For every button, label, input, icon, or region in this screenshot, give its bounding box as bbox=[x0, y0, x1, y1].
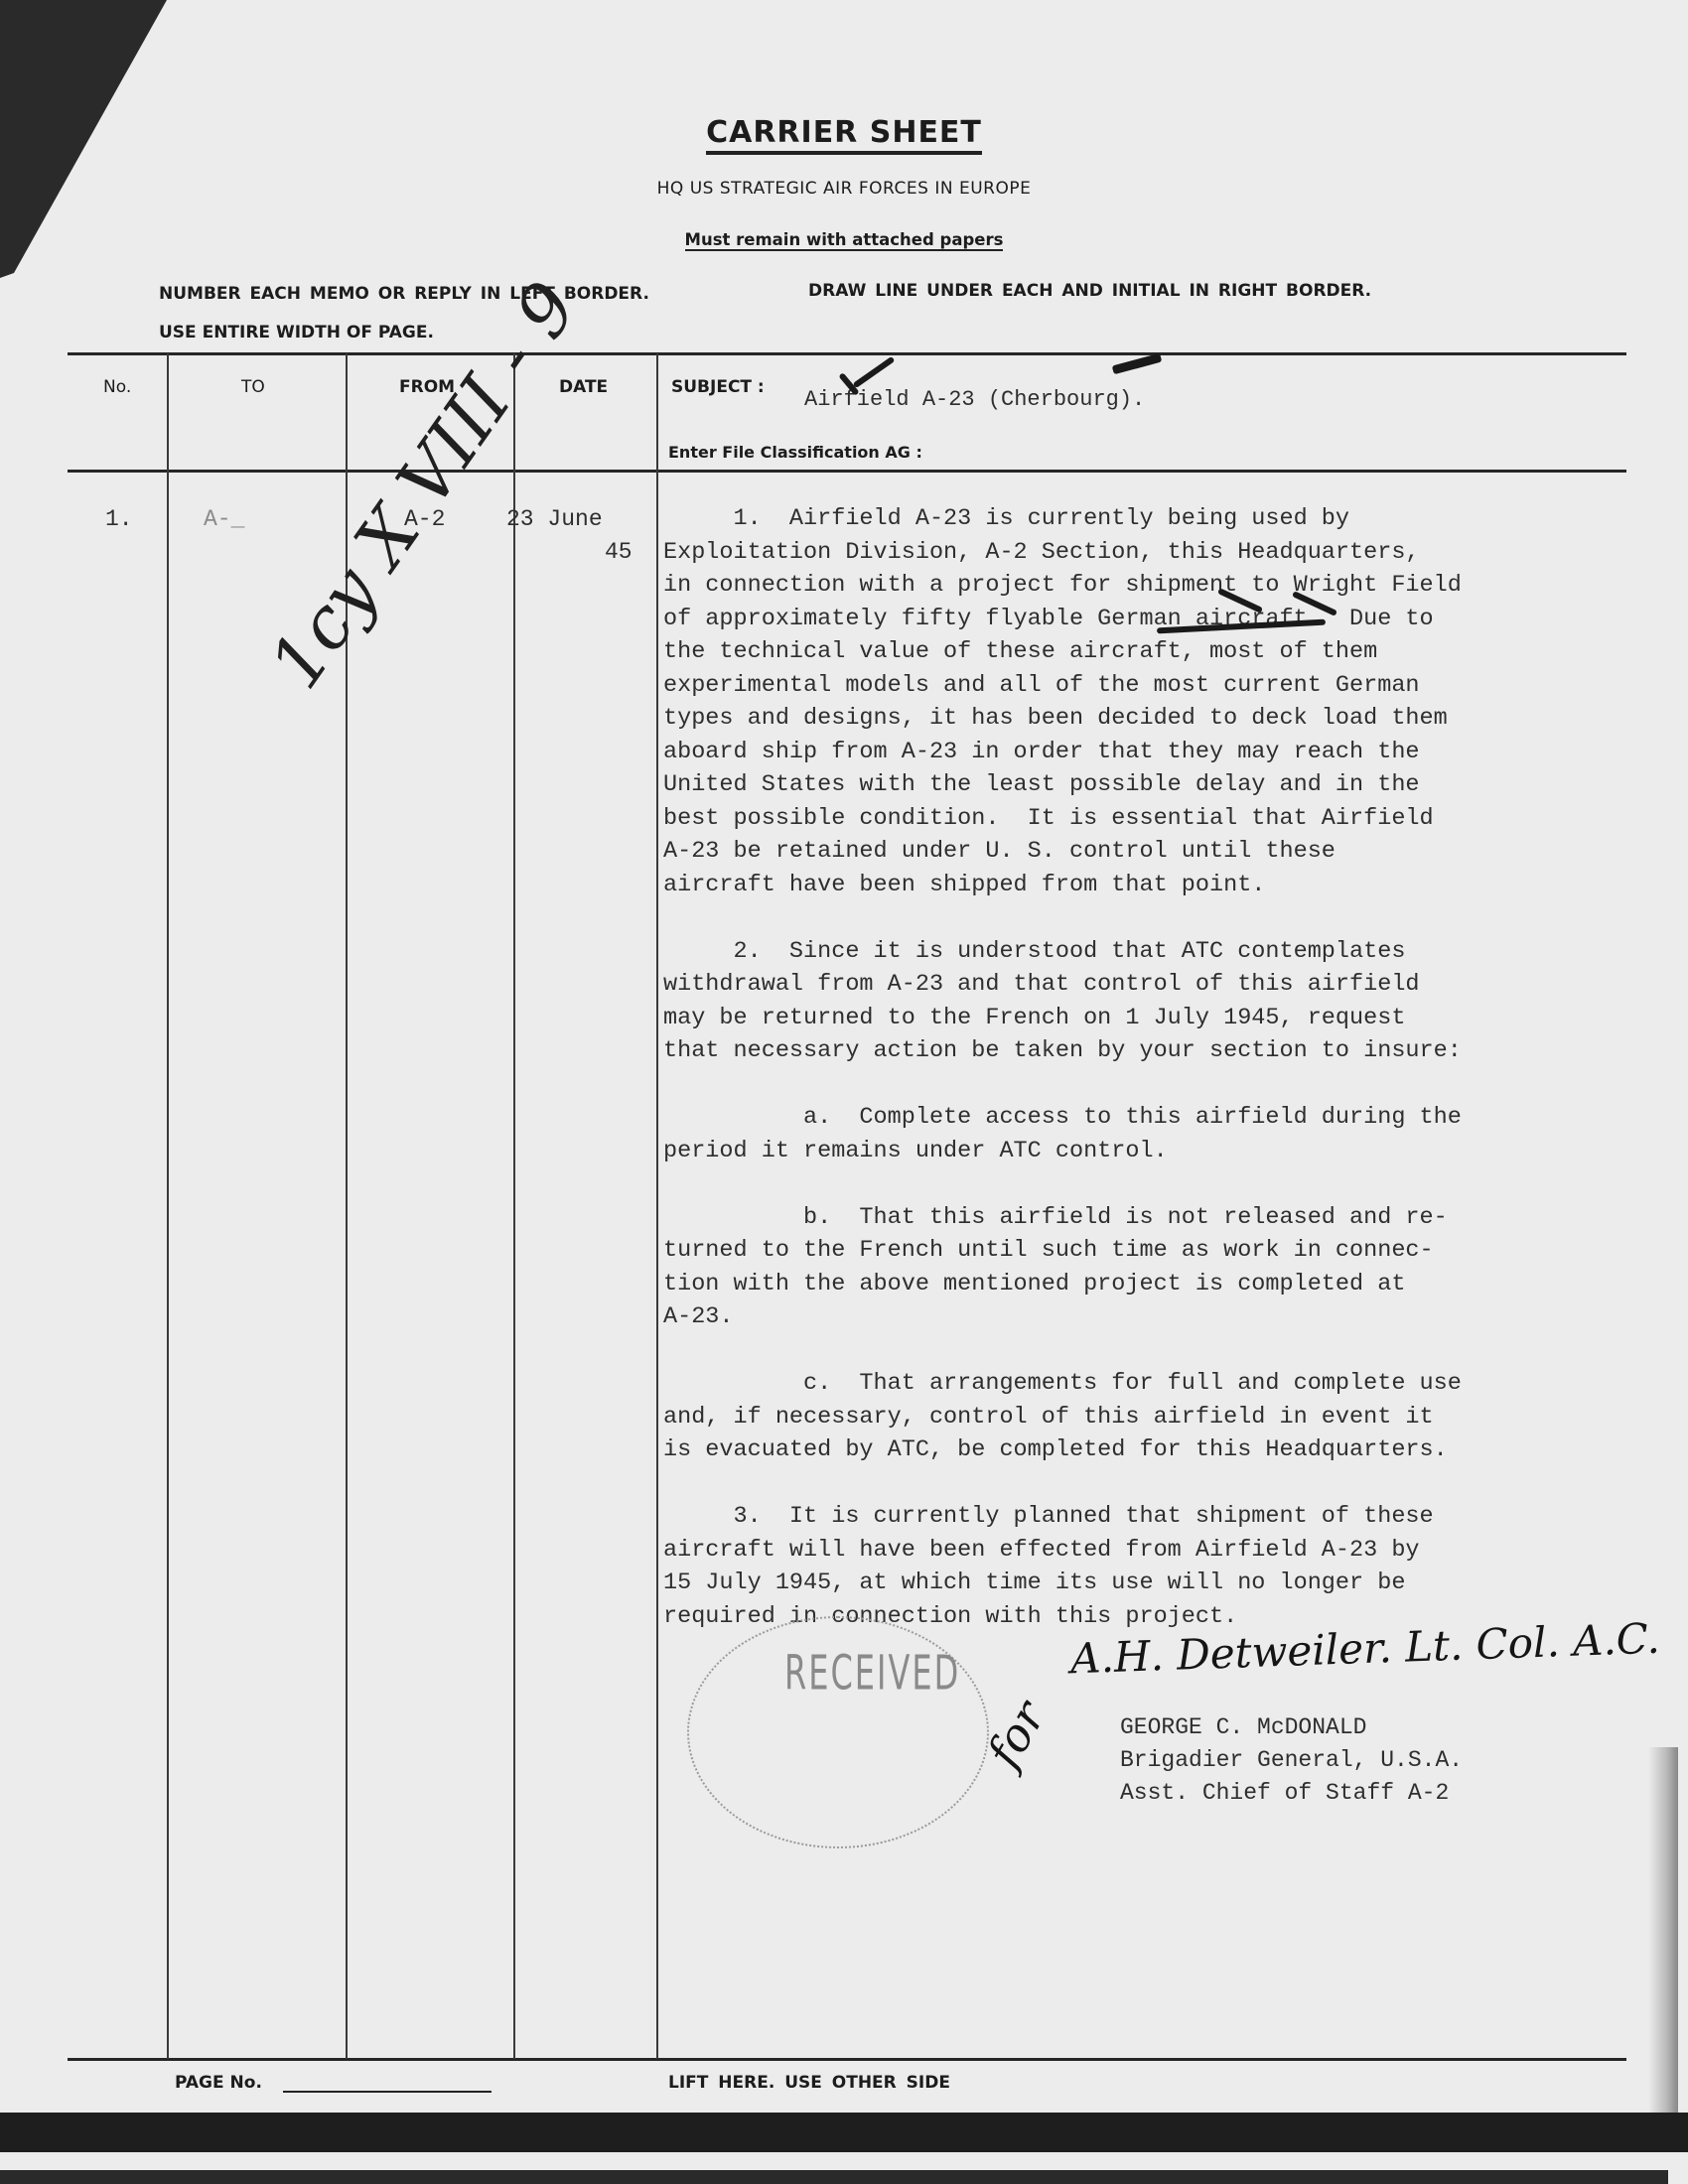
lift-here-label: LIFT HERE. USE OTHER SIDE bbox=[668, 2073, 950, 2093]
row-date-year: 45 bbox=[605, 539, 633, 565]
page-number-label: PAGE No. bbox=[175, 2073, 262, 2093]
carrier-sheet-page: CARRIER SHEET HQ US STRATEGIC AIR FORCES… bbox=[0, 0, 1688, 2184]
checkmark-icon bbox=[853, 356, 896, 388]
checkmark-icon bbox=[1112, 353, 1163, 375]
instruction-draw-line: DRAW LINE UNDER EACH AND INITIAL IN RIGH… bbox=[808, 281, 1371, 301]
memo-paragraph-2c: c. That arrangements for full and comple… bbox=[663, 1367, 1617, 1467]
instruction-number: NUMBER EACH MEMO OR REPLY IN LEFT BORDER… bbox=[159, 284, 649, 304]
header-date: DATE bbox=[559, 377, 608, 397]
scan-edge-shadow bbox=[1648, 1747, 1678, 2124]
organization-heading: HQ US STRATEGIC AIR FORCES IN EUROPE bbox=[0, 179, 1688, 199]
memo-paragraph-2b: b. That this airfield is not released an… bbox=[663, 1201, 1617, 1334]
row-number: 1. bbox=[105, 506, 133, 532]
file-classification-label: Enter File Classification AG : bbox=[668, 443, 922, 462]
memo-paragraph-3: 3. It is currently planned that shipment… bbox=[663, 1500, 1617, 1633]
instruction-width: USE ENTIRE WIDTH OF PAGE. bbox=[159, 323, 434, 342]
notice-text: Must remain with attached papers bbox=[0, 230, 1688, 249]
header-subject: SUBJECT : bbox=[671, 377, 765, 397]
received-stamp-text: RECEIVED bbox=[784, 1645, 960, 1702]
signatory-block: GEORGE C. McDONALD Brigadier General, U.… bbox=[1120, 1711, 1463, 1810]
header-no: No. bbox=[103, 377, 131, 397]
header-bottom-rule bbox=[68, 470, 1626, 473]
memo-body: 1. Airfield A-23 is currently being used… bbox=[663, 502, 1617, 1633]
memo-paragraph-2: 2. Since it is understood that ATC conte… bbox=[663, 935, 1617, 1068]
table-bottom-rule bbox=[68, 2058, 1626, 2061]
memo-paragraph-2a: a. Complete access to this airfield duri… bbox=[663, 1101, 1617, 1167]
header-to: TO bbox=[241, 377, 265, 397]
page-number-field bbox=[283, 2091, 492, 2093]
handwritten-for: for bbox=[976, 1693, 1055, 1777]
column-divider-from-date bbox=[513, 353, 515, 2059]
table-top-rule bbox=[68, 352, 1626, 355]
column-divider-no-to bbox=[167, 353, 169, 2059]
scan-bottom-edge bbox=[0, 2170, 1668, 2184]
row-date-day-month: 23 June bbox=[506, 506, 603, 532]
column-divider-date-subject bbox=[656, 353, 658, 2059]
scan-bottom-band bbox=[0, 2113, 1688, 2152]
row-to: A-_ bbox=[204, 506, 244, 532]
memo-paragraph-1: 1. Airfield A-23 is currently being used… bbox=[663, 502, 1617, 901]
form-title: CARRIER SHEET bbox=[0, 115, 1688, 150]
